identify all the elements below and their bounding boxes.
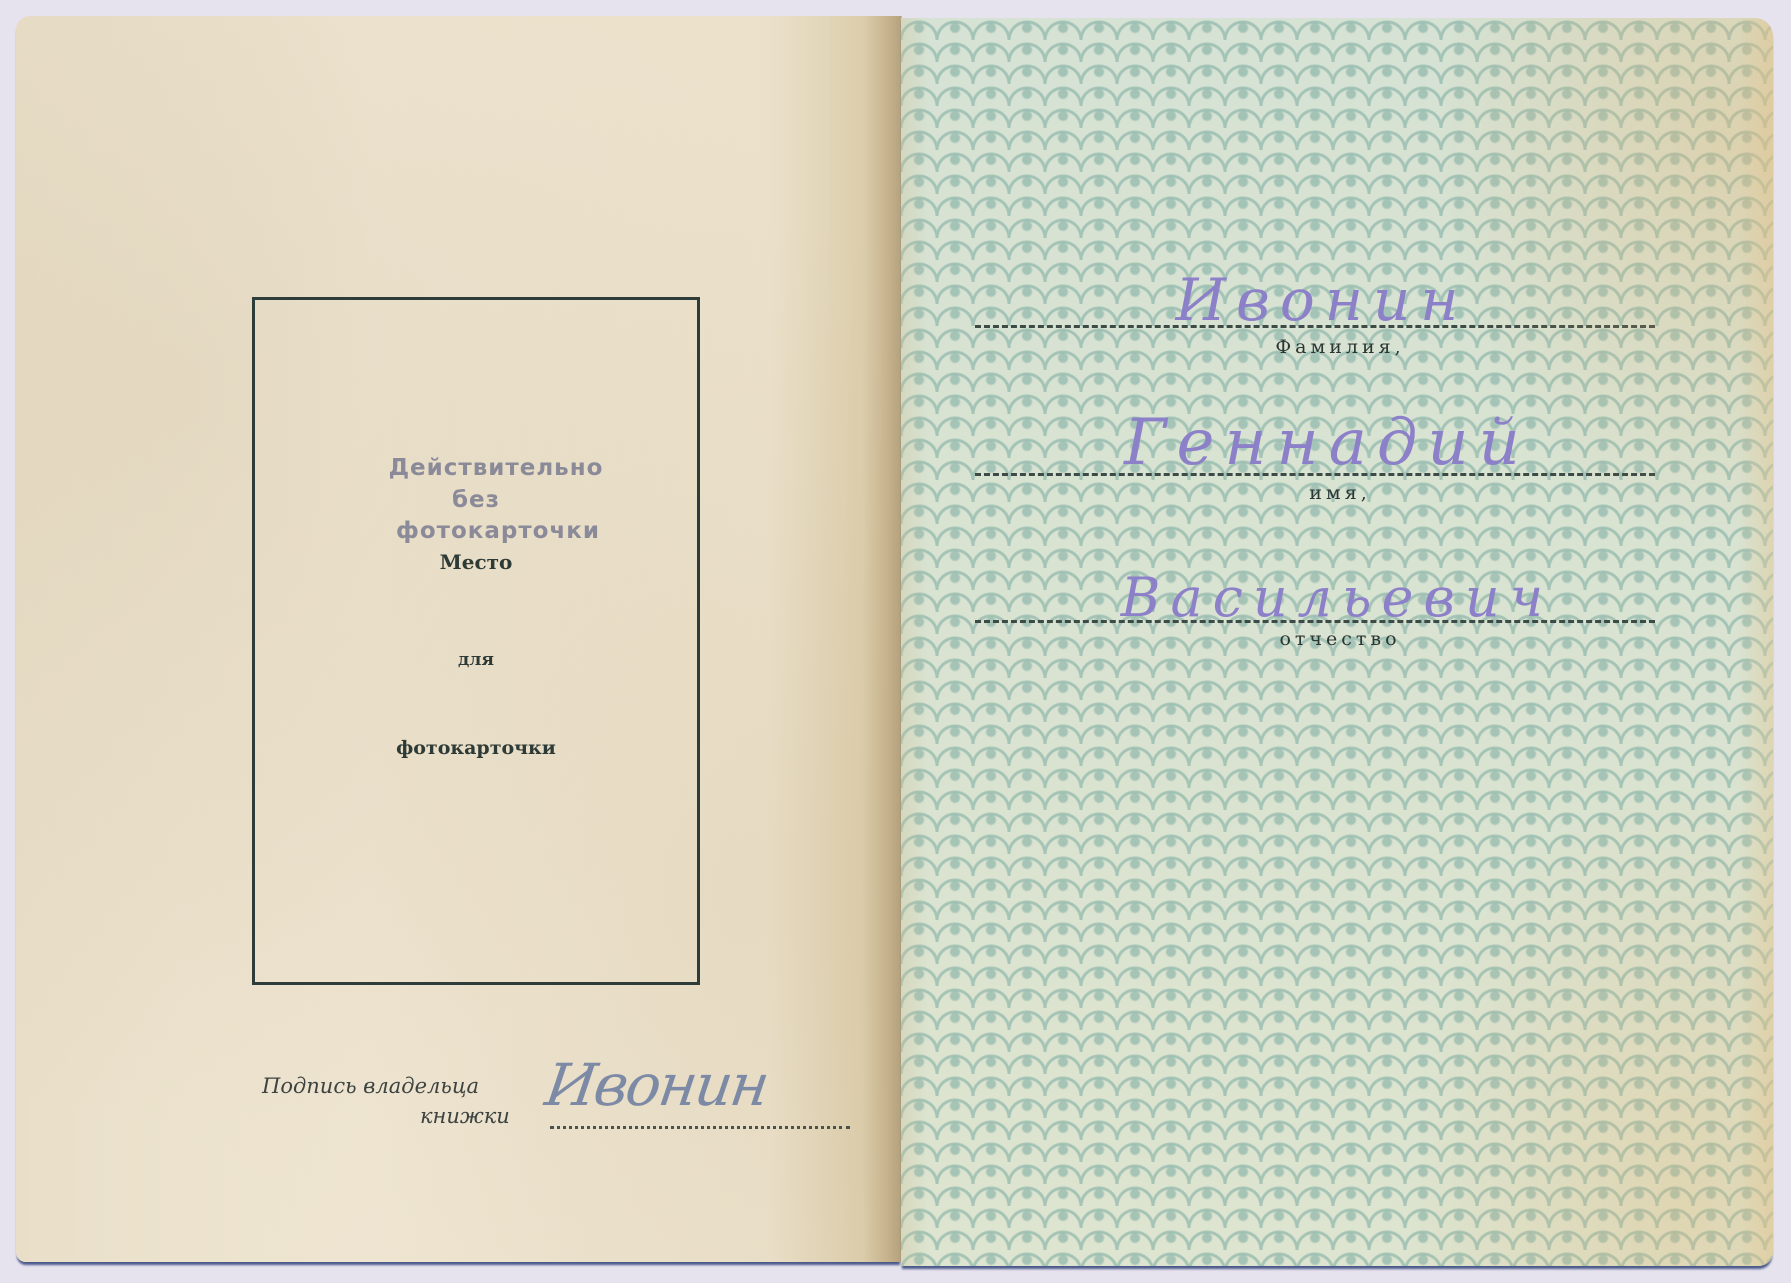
photo-for-label: для	[255, 650, 697, 670]
stamp-text-without: без	[255, 487, 697, 513]
patronymic-dotted-line	[975, 620, 1655, 623]
spine-fold	[862, 16, 902, 1262]
photo-placeholder-box: Действительно без фотокарточки Место для…	[252, 297, 700, 985]
surname-label: Фамилия,	[901, 336, 1773, 358]
left-page: Действительно без фотокарточки Место для…	[16, 16, 901, 1262]
signature-label-owner: Подпись владельца	[262, 1074, 479, 1098]
surname-dotted-line	[975, 325, 1655, 328]
stamp-text-valid: Действительно	[295, 455, 697, 481]
surname-value: Ивонин	[871, 266, 1773, 334]
first-name-dotted-line	[975, 473, 1655, 476]
signature-dotted-line	[550, 1126, 850, 1129]
right-page: Ивонин Фамилия, Геннадий имя, Васильевич…	[901, 18, 1773, 1266]
patronymic-label: отчество	[901, 628, 1773, 650]
stamp-text-photo: фотокарточки	[299, 518, 697, 544]
first-name-value: Геннадий	[881, 406, 1773, 480]
photo-place-label: Место	[255, 550, 697, 574]
first-name-label: имя,	[901, 482, 1773, 504]
photo-photocard-label: фотокарточки	[255, 737, 697, 759]
owner-signature: Ивонин	[541, 1051, 772, 1119]
signature-label-book: книжки	[420, 1104, 510, 1128]
